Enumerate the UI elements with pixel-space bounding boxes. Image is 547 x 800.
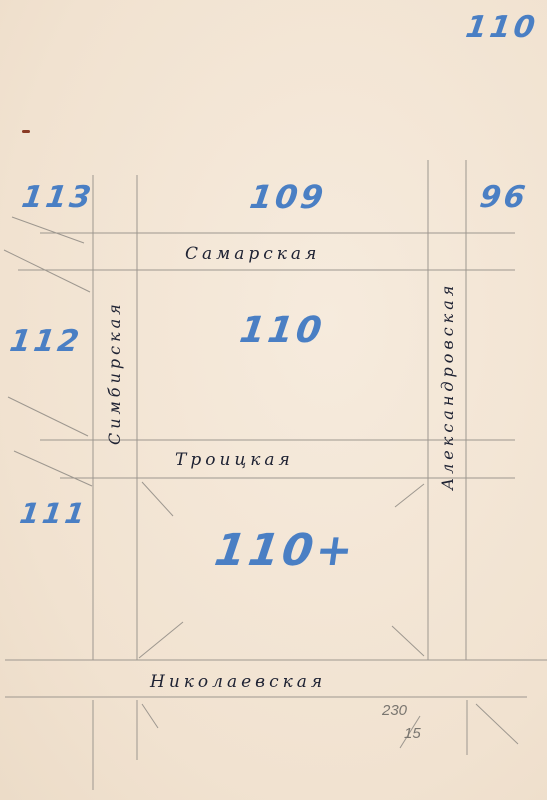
ink-mark [22,130,30,133]
street-label-simbirskaya: Симбирская [105,300,124,445]
block-number-110-plus: 110+ [211,525,359,576]
block-number-112: 112 [8,324,85,359]
block-number-110: 110 [237,310,327,351]
block-number-111: 111 [18,497,90,530]
map-sheet: 110 113 109 96 112 110 111 110+ Самарска… [0,0,547,800]
street-label-aleksandrovskaya: Александровская [438,282,457,490]
block-number-96: 96 [478,180,531,215]
street-label-troitskaya: Троицкая [175,450,294,470]
street-label-samarskaya: Самарская [185,244,320,264]
block-number-113: 113 [20,180,97,215]
annotation-fraction-bottom: 15 [404,725,421,742]
block-number-109: 109 [247,178,328,216]
street-label-nikolaevskaya: Николаевская [150,672,326,692]
annotation-fraction-top: 230 [382,702,407,719]
block-number-top-right: 110 [464,10,541,45]
